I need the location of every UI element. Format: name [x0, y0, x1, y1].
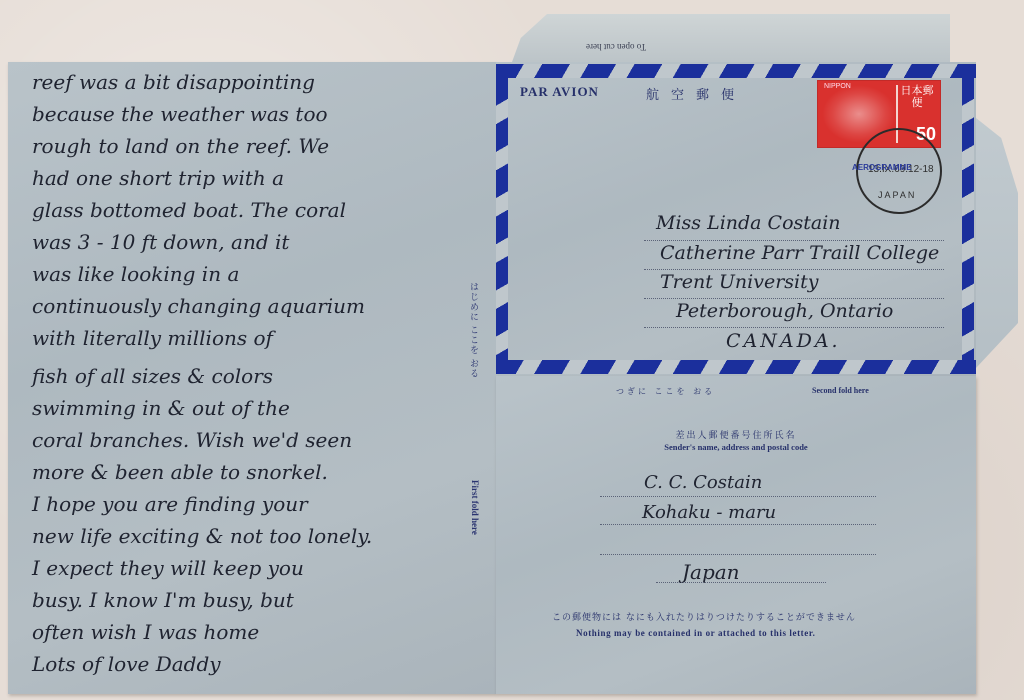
- letter-line: with literally millions of: [32, 326, 273, 350]
- letter-line: swimming in & out of the: [32, 396, 290, 420]
- address-rule: [644, 269, 944, 270]
- first-fold-jp: はじめに ここを おる: [468, 282, 481, 379]
- airmail-stripe-bottom: [496, 360, 976, 374]
- address-rule: [656, 582, 826, 583]
- sender-line: Kohaku - maru: [642, 502, 776, 523]
- sender-line: C. C. Costain: [644, 472, 762, 493]
- postmark-country: JAPAN: [878, 190, 916, 200]
- letter-line: I expect they will keep you: [32, 556, 304, 580]
- recipient-line: CANADA.: [726, 330, 841, 352]
- par-avion-label: PAR AVION: [520, 84, 599, 100]
- notice-en: Nothing may be contained in or attached …: [576, 628, 816, 638]
- second-fold-en: Second fold here: [812, 386, 869, 395]
- side-flap: [976, 118, 1018, 368]
- letter-line: more & been able to snorkel.: [32, 460, 328, 484]
- address-rule: [644, 240, 944, 241]
- airmail-stripe-left: [496, 78, 508, 360]
- sender-panel: つぎに ここを おる Second fold here 差出人郵便番号住所氏名 …: [496, 376, 976, 694]
- letter-line: glass bottomed boat. The coral: [32, 198, 346, 222]
- aerogramme-label: AEROGRAMME: [852, 163, 912, 172]
- letter-line: busy. I know I'm busy, but: [32, 588, 294, 612]
- letter-line: I hope you are finding your: [32, 492, 308, 516]
- letter-line: had one short trip with a: [32, 166, 284, 190]
- address-rule: [600, 496, 876, 497]
- address-rule: [600, 554, 876, 555]
- recipient-line: Trent University: [660, 271, 819, 293]
- airmail-stripe-right: [962, 78, 974, 360]
- letter-line: new life exciting & not too lonely.: [32, 524, 372, 548]
- address-rule: [644, 327, 944, 328]
- airmail-jp-label: 航空郵便: [646, 84, 746, 103]
- letter-signoff: Lots of love Daddy: [32, 652, 221, 676]
- letter-line: often wish I was home: [32, 620, 259, 644]
- address-panel: PAR AVION 航空郵便 NIPPON 日本郵便 50 13.IX.69.1…: [496, 62, 976, 376]
- notice-jp: この郵便物には なにも入れたりはりつけたりすることができません: [552, 610, 856, 623]
- sender-label-en: Sender's name, address and postal code: [496, 442, 976, 452]
- address-rule: [644, 298, 944, 299]
- letter-line: fish of all sizes & colors: [32, 364, 273, 388]
- letter-line: rough to land on the reef. We: [32, 134, 329, 158]
- letter-page: reef was a bit disappointing because the…: [8, 62, 496, 694]
- letter-line: coral branches. Wish we'd seen: [32, 428, 352, 452]
- stamp-country-roman: NIPPON: [824, 83, 851, 90]
- airmail-stripe-top: [496, 64, 976, 78]
- letter-line: reef was a bit disappointing: [32, 70, 315, 94]
- sender-line: Japan: [682, 560, 740, 584]
- letter-line: continuously changing aquarium: [32, 294, 365, 318]
- sender-label-jp: 差出人郵便番号住所氏名: [496, 428, 976, 441]
- first-fold-en: First fold here: [470, 480, 480, 535]
- top-flap: To open cut here: [512, 14, 950, 62]
- letter-line: was like looking in a: [32, 262, 239, 286]
- second-fold-jp: つぎに ここを おる: [616, 386, 715, 397]
- letter-line: because the weather was too: [32, 102, 328, 126]
- letter-line: was 3 - 10 ft down, and it: [32, 230, 289, 254]
- recipient-line: Miss Linda Costain: [656, 212, 841, 234]
- recipient-line: Peterborough, Ontario: [676, 300, 893, 322]
- stamp-country-jp: 日本郵便: [900, 85, 934, 109]
- cut-here-text: To open cut here: [586, 42, 646, 52]
- recipient-line: Catherine Parr Traill College: [660, 242, 939, 264]
- address-rule: [600, 524, 876, 525]
